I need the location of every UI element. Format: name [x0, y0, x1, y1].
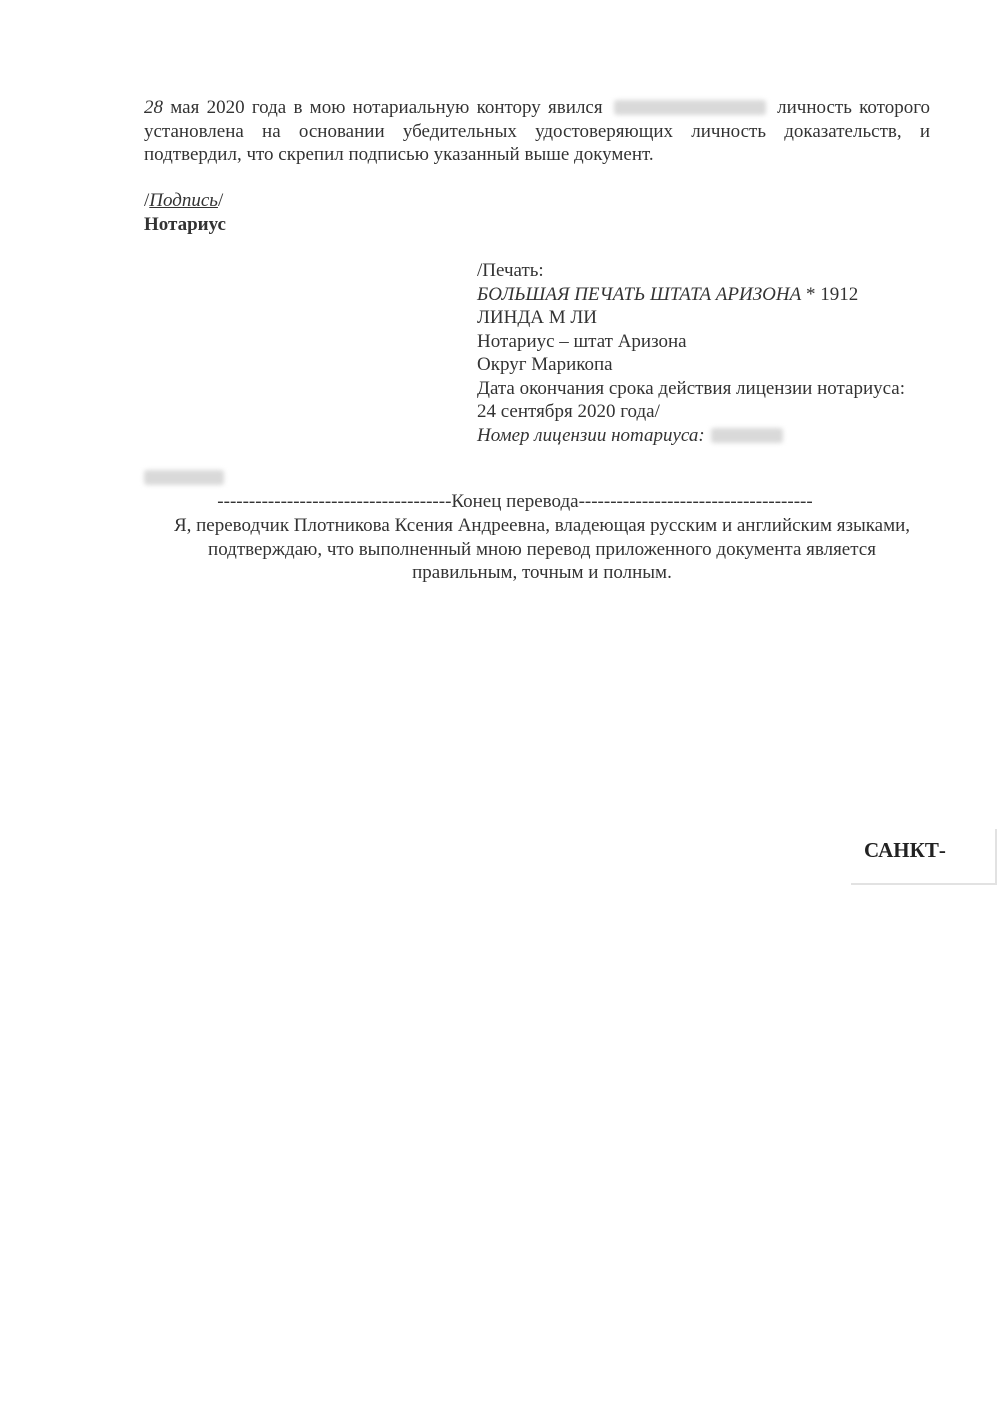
redacted-document-number [144, 470, 224, 485]
seal-state-name: БОЛЬШАЯ ПЕЧАТЬ ШТАТА АРИЗОНА [477, 284, 801, 305]
intro-date-day: 28 [144, 97, 163, 118]
translator-certification: Я, переводчик Плотникова Ксения Андреевн… [130, 514, 954, 585]
seal-year: * 1912 [801, 284, 858, 305]
notary-intro-paragraph: 28 мая 2020 года в мою нотариальную конт… [144, 96, 930, 167]
seal-license-line: Номер лицензии нотариуса: [477, 424, 947, 448]
certification-line-2: подтверждаю, что выполненный мною перево… [130, 538, 954, 562]
seal-line-2: БОЛЬШАЯ ПЕЧАТЬ ШТАТА АРИЗОНА * 1912 [477, 283, 947, 307]
intro-text-before-name: мая 2020 года в мою нотариальную контору… [163, 97, 603, 118]
corner-city-label: САНКТ- [864, 839, 946, 863]
document-number-line [144, 466, 224, 486]
document-page: 28 мая 2020 года в мою нотариальную конт… [0, 0, 1000, 1415]
end-of-translation-divider: -------------------------------------Кон… [0, 490, 1000, 514]
seal-license-label: Номер лицензии нотариуса: [477, 425, 705, 446]
signature-block: /Подпись/ Нотариус [144, 189, 226, 236]
certification-line-1: Я, переводчик Плотникова Ксения Андреевн… [130, 514, 954, 538]
certification-line-3: правильным, точным и полным. [130, 561, 954, 585]
corner-header-box: САНКТ- [851, 829, 997, 885]
seal-notary-name: ЛИНДА М ЛИ [477, 306, 947, 330]
notary-title: Нотариус [144, 213, 226, 237]
seal-expiry-date: 24 сентября 2020 года/ [477, 400, 947, 424]
seal-expiry-label: Дата окончания срока действия лицензии н… [477, 377, 947, 401]
signature-line: /Подпись/ [144, 189, 226, 213]
seal-notary-state: Нотариус – штат Аризона [477, 330, 947, 354]
redacted-license-number [711, 428, 783, 443]
redacted-person-name [614, 100, 766, 115]
seal-county: Округ Марикопа [477, 353, 947, 377]
signature-label: Подпись [149, 190, 218, 211]
seal-block: /Печать: БОЛЬШАЯ ПЕЧАТЬ ШТАТА АРИЗОНА * … [477, 259, 947, 447]
seal-line-1: /Печать: [477, 259, 947, 283]
signature-suffix: / [218, 190, 223, 211]
